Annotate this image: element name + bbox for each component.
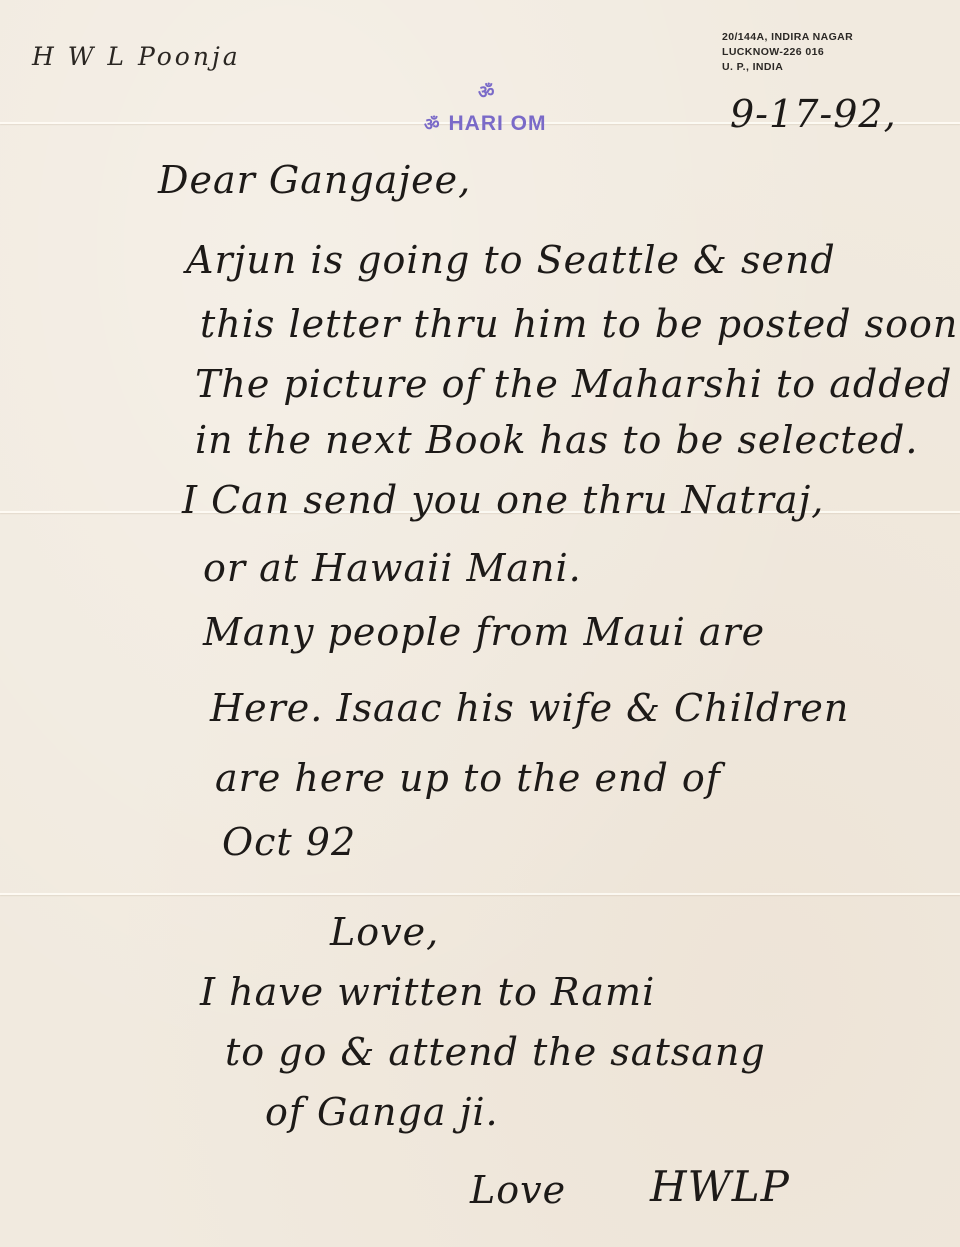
address-line: LUCKNOW-226 016 bbox=[722, 45, 853, 60]
body-line: are here up to the end of bbox=[215, 756, 721, 800]
stamp-text: HARI OM bbox=[449, 112, 547, 135]
body-line: Many people from Maui are bbox=[203, 610, 765, 654]
body-line: in the next Book has to be selected. bbox=[195, 418, 918, 462]
body-line: Arjun is going to Seattle & send bbox=[186, 238, 836, 282]
postscript-line: of Ganga ji. bbox=[265, 1090, 499, 1134]
closing: Love, bbox=[330, 910, 439, 954]
body-line: this letter thru him to be posted soon. bbox=[200, 302, 960, 346]
salutation: Dear Gangajee, bbox=[158, 158, 471, 202]
letterhead-name: H W L Poonja bbox=[32, 42, 241, 71]
body-line: Here. Isaac his wife & Children bbox=[210, 686, 849, 730]
fold-line bbox=[0, 893, 960, 895]
hari-om-stamp: ॐHARI OM bbox=[424, 112, 547, 136]
body-line: The picture of the Maharshi to added bbox=[195, 362, 952, 406]
postscript-line: I have written to Rami bbox=[200, 970, 655, 1014]
closing: Love bbox=[470, 1168, 566, 1212]
signature: HWLP bbox=[650, 1162, 790, 1211]
letter-date: 9-17-92, bbox=[730, 92, 897, 136]
body-line: I Can send you one thru Natraj, bbox=[182, 478, 824, 522]
om-icon: ॐ bbox=[478, 80, 494, 104]
address-line: 20/144A, INDIRA NAGAR bbox=[722, 30, 853, 45]
om-icon: ॐ bbox=[424, 115, 441, 134]
letter-page: H W L Poonja 20/144A, INDIRA NAGAR LUCKN… bbox=[0, 0, 960, 1247]
address-line: U. P., INDIA bbox=[722, 60, 853, 75]
letterhead-address: 20/144A, INDIRA NAGAR LUCKNOW-226 016 U.… bbox=[722, 30, 853, 75]
body-line: Oct 92 bbox=[222, 820, 356, 864]
postscript-line: to go & attend the satsang bbox=[225, 1030, 766, 1074]
body-line: or at Hawaii Mani. bbox=[203, 546, 582, 590]
